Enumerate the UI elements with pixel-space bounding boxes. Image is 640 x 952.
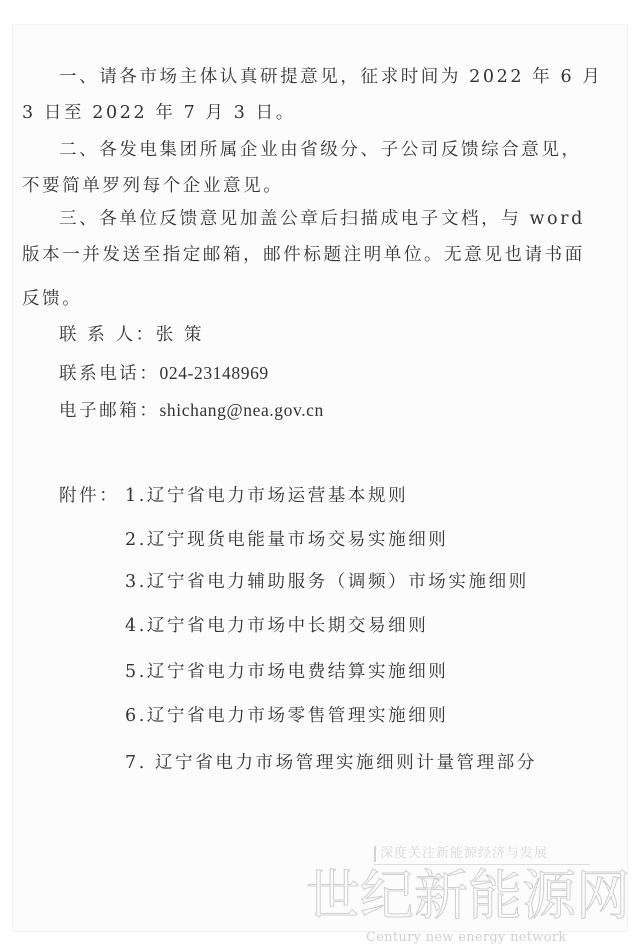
paragraph-1-line-2: 3 日至 2022 年 7 月 3 日。 — [22, 101, 296, 125]
attachments-label: 附件： — [59, 484, 119, 508]
paragraph-2-line-1: 二、各发电集团所属企业由省级分、子公司反馈综合意见， — [59, 138, 582, 162]
contact-email: 电子邮箱：shichang@nea.gov.cn — [59, 398, 324, 423]
contact-person: 联 系 人：张 策 — [59, 323, 204, 347]
attachment-item-5: 5.辽宁省电力市场电费结算实施细则 — [125, 660, 448, 684]
attachment-item-6: 6.辽宁省电力市场零售管理实施细则 — [125, 704, 448, 728]
attachment-item-1: 1.辽宁省电力市场运营基本规则 — [125, 484, 408, 508]
paragraph-3-line-2: 版本一并发送至指定邮箱，邮件标题注明单位。无意见也请书面 — [22, 243, 585, 267]
attachment-item-4: 4.辽宁省电力市场中长期交易细则 — [125, 614, 428, 638]
contact-phone: 联系电话：024-23148969 — [59, 361, 269, 386]
paragraph-3-line-1: 三、各单位反馈意见加盖公章后扫描成电子文档，与 word — [59, 207, 585, 231]
contact-email-value[interactable]: shichang@nea.gov.cn — [160, 400, 324, 420]
paragraph-1-line-1: 一、请各市场主体认真研提意见，征求时间为 2022 年 6 月 — [59, 65, 603, 89]
attachment-item-3: 3.辽宁省电力辅助服务（调频）市场实施细则 — [125, 570, 529, 594]
watermark-subtitle: Century new energy network — [366, 930, 567, 945]
paragraph-2-line-2: 不要简单罗列每个企业意见。 — [22, 174, 283, 198]
attachment-item-7: 7. 辽宁省电力市场管理实施细则计量管理部分 — [125, 751, 537, 775]
paragraph-3-line-3: 反馈。 — [22, 287, 82, 311]
attachment-item-2: 2.辽宁现货电能量市场交易实施细则 — [125, 528, 448, 552]
contact-email-label: 电子邮箱： — [59, 401, 160, 421]
contact-phone-value: 024-23148969 — [160, 363, 269, 383]
contact-phone-label: 联系电话： — [59, 364, 160, 384]
contact-person-label: 联 系 人： — [59, 325, 156, 345]
contact-person-value: 张 策 — [156, 325, 204, 345]
